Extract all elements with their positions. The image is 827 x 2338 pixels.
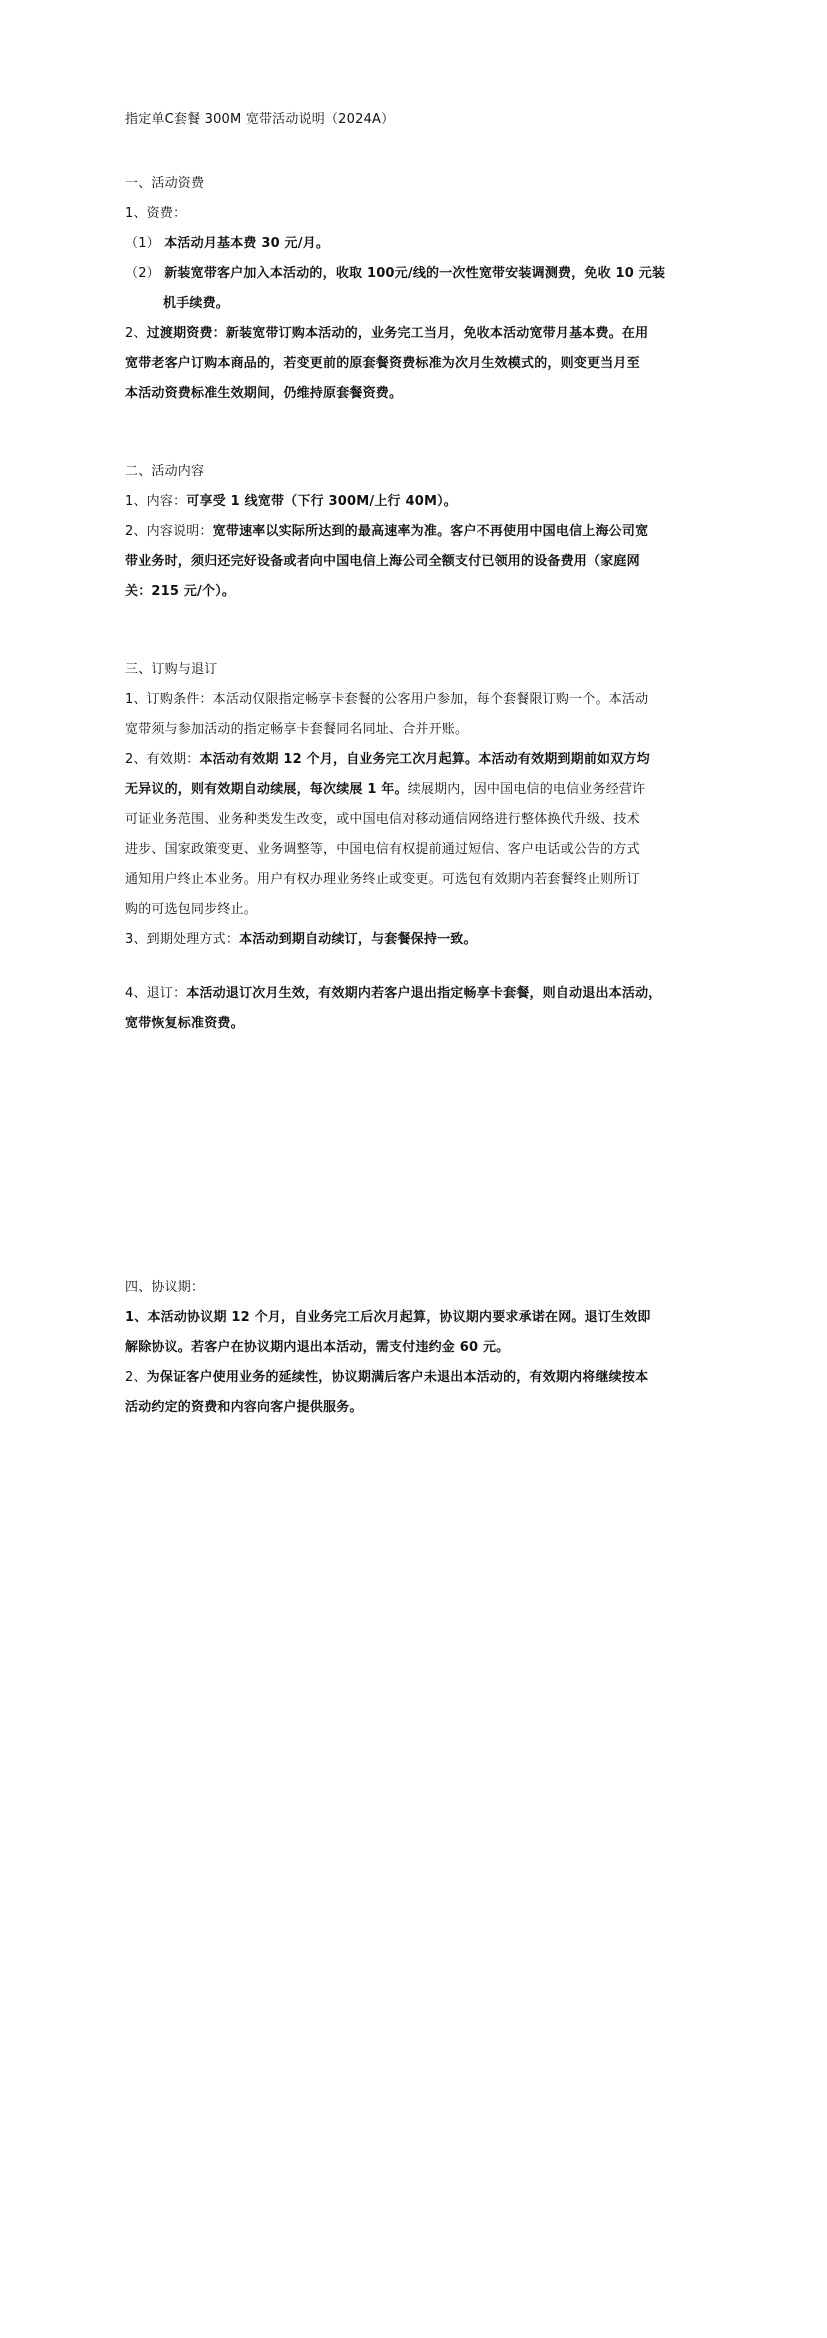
fees-line-5: 2、过渡期资费：新装宽带订购本活动的，业务完工当月，免收本活动宽带月基本费。在用 <box>125 326 648 342</box>
content-line-3: 带业务时，须归还完好设备或者向中国电信上海公司全额支付已领用的设备费用（家庭网 <box>125 554 640 570</box>
fees-line-7: 本活动资费标准生效期间，仍维持原套餐资费。 <box>125 386 402 402</box>
subscribe-line-6: 进步、国家政策变更、业务调整等，中国电信有权提前通过短信、客户电话或公告的方式 <box>125 842 640 858</box>
subscribe-line-5: 可证业务范围、业务种类发生改变，或中国电信对移动通信网络进行整体换代升级、技术 <box>125 812 640 828</box>
content-line-2: 2、内容说明：宽带速率以实际所达到的最高速率为准。客户不再使用中国电信上海公司宽 <box>125 524 648 540</box>
subscribe-line-3: 2、有效期：本活动有效期 12 个月，自业务完工次月起算。本活动有效期到期前如双… <box>125 752 650 768</box>
agreement-line-4: 活动约定的资费和内容向客户提供服务。 <box>125 1400 363 1416</box>
subscribe-line-7: 通知用户终止本业务。用户有权办理业务终止或变更。可选包有效期内若套餐终止则所订 <box>125 872 640 888</box>
agreement-line-1: 1、本活动协议期 12 个月，自业务完工后次月起算，协议期内要求承诺在网。退订生… <box>125 1310 651 1326</box>
section-heading-content: 二、活动内容 <box>125 464 204 480</box>
subscribe-line-10: 4、退订：本活动退订次月生效，有效期内若客户退出指定畅享卡套餐，则自动退出本活动… <box>125 986 661 1002</box>
subscribe-line-8: 购的可选包同步终止。 <box>125 902 257 918</box>
subscribe-line-9: 3、到期处理方式：本活动到期自动续订，与套餐保持一致。 <box>125 932 477 948</box>
subscribe-line-4: 无异议的，则有效期自动续展，每次续展 1 年。续展期内，因中国电信的电信业务经营… <box>125 782 645 798</box>
fees-line-2: （1） 本活动月基本费 30 元/月。 <box>125 236 329 252</box>
subscribe-line-1: 1、订购条件：本活动仅限指定畅享卡套餐的公客用户参加，每个套餐限订购一个。本活动 <box>125 692 648 708</box>
section-heading-agreement: 四、协议期： <box>125 1280 204 1296</box>
subscribe-line-2: 宽带须与参加活动的指定畅享卡套餐同名同址、合并开账。 <box>125 722 468 738</box>
subscribe-line-11: 宽带恢复标准资费。 <box>125 1016 244 1032</box>
agreement-line-3: 2、为保证客户使用业务的延续性，协议期满后客户未退出本活动的，有效期内将继续按本 <box>125 1370 648 1386</box>
fees-line-4: 机手续费。 <box>163 296 229 312</box>
fees-line-6: 宽带老客户订购本商品的，若变更前的原套餐资费标准为次月生效模式的，则变更当月至 <box>125 356 640 372</box>
section-heading-subscribe: 三、订购与退订 <box>125 662 217 678</box>
document-title: 指定单C套餐 300M 宽带活动说明（2024A） <box>125 112 394 128</box>
content-line-4: 关：215 元/个）。 <box>125 584 235 600</box>
fees-line-1: 1、资费： <box>125 206 186 222</box>
fees-line-3: （2） 新装宽带客户加入本活动的，收取 100元/线的一次性宽带安装调测费，免收… <box>125 266 665 282</box>
content-line-1: 1、内容：可享受 1 线宽带（下行 300M/上行 40M）。 <box>125 494 457 510</box>
agreement-line-2: 解除协议。若客户在协议期内退出本活动，需支付违约金 60 元。 <box>125 1340 509 1356</box>
section-heading-fees: 一、活动资费 <box>125 176 204 192</box>
